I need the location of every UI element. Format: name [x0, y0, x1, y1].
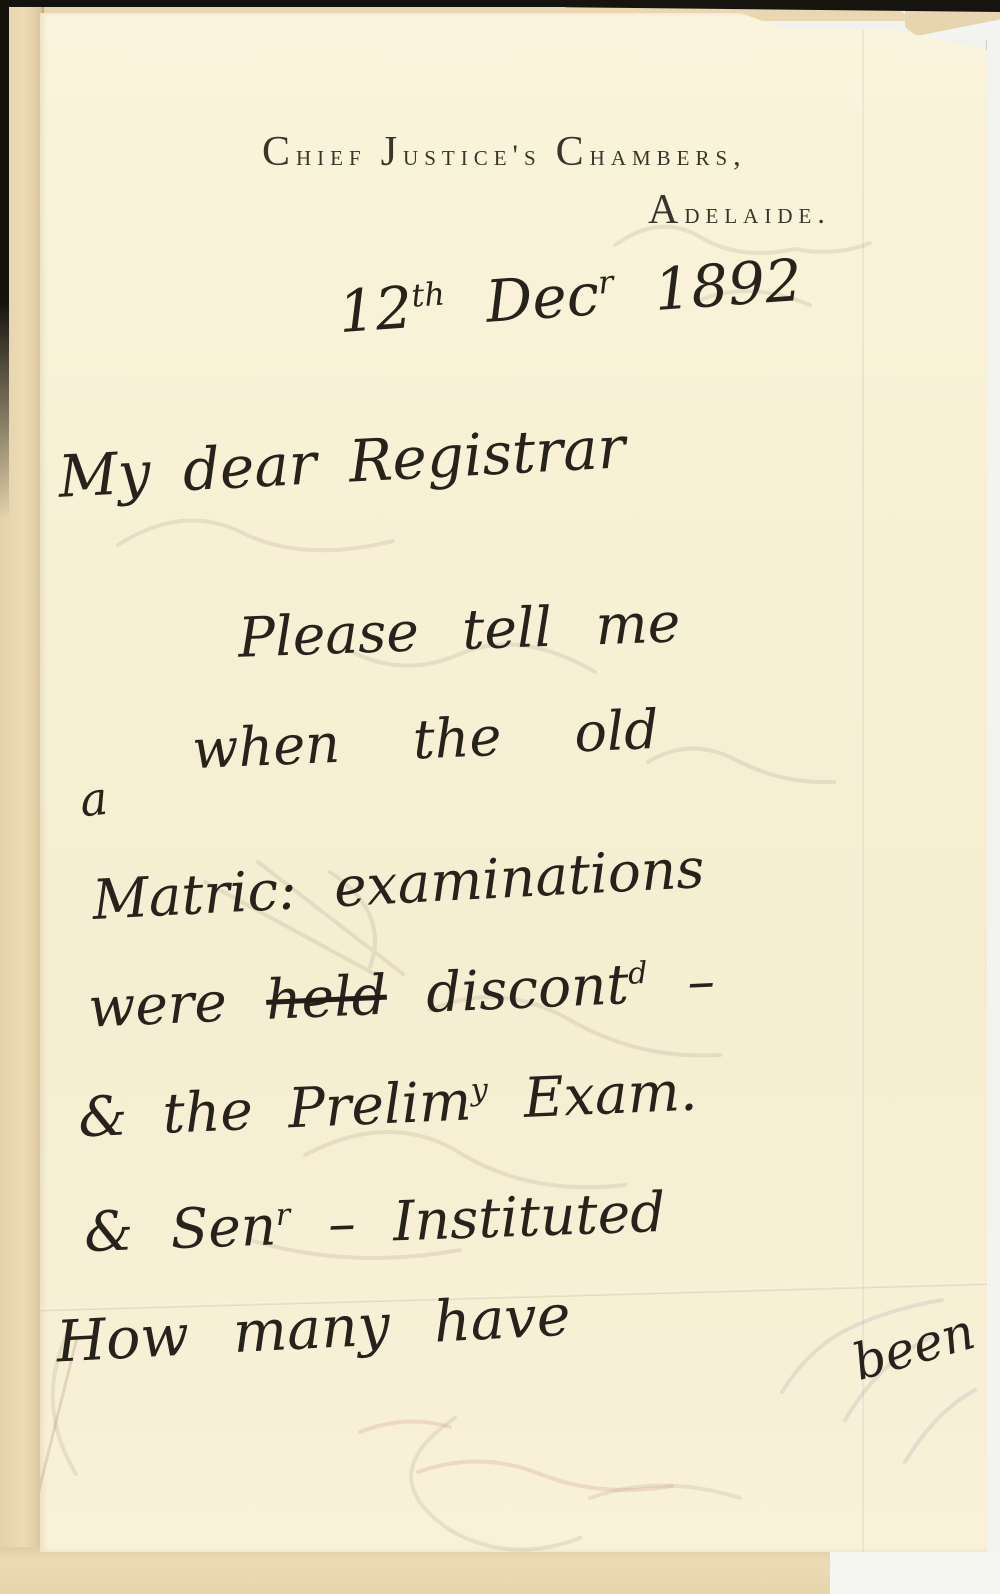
scan-black-left-border	[0, 0, 9, 520]
date-year: 1892	[652, 246, 804, 324]
letterhead-word: Justice's	[381, 128, 542, 176]
scanner-white-bottom-right-corner	[830, 1552, 1000, 1594]
struck-out-word: held	[265, 963, 388, 1032]
body-line-4-post: –	[646, 948, 716, 1015]
body-line-6-pre: & Sen	[83, 1193, 277, 1264]
body-line-5-superscript: y	[470, 1072, 489, 1108]
body-line-6-superscript: r	[275, 1198, 291, 1233]
body-line-6-post: – Instituted	[289, 1180, 666, 1257]
body-line-4-pre: were	[87, 968, 268, 1040]
body-line-5-post: Exam.	[487, 1059, 699, 1132]
body-line-4-mid: discont	[385, 952, 630, 1026]
date-month: Dec	[483, 260, 601, 336]
letterhead-line1: ChiefJustice'sChambers,	[262, 128, 761, 176]
body-line-4-superscript: d	[627, 956, 648, 992]
letterhead-word: Chambers,	[556, 128, 747, 176]
scanner-white-right-strip	[986, 0, 1000, 1594]
date-day: 12	[336, 273, 414, 346]
album-backing-bottom-band	[0, 1547, 832, 1594]
date-month-suffix: r	[597, 263, 615, 302]
letterhead-word: Chief	[262, 128, 367, 176]
date-day-suffix: th	[410, 274, 446, 314]
scanned-letter-page: ChiefJustice'sChambers, Adelaide. 12th D…	[0, 0, 1000, 1594]
vertical-fold-crease	[860, 13, 864, 1552]
letterhead-line2: Adelaide.	[648, 186, 831, 234]
body-line-2-margin-note: a	[77, 771, 110, 828]
